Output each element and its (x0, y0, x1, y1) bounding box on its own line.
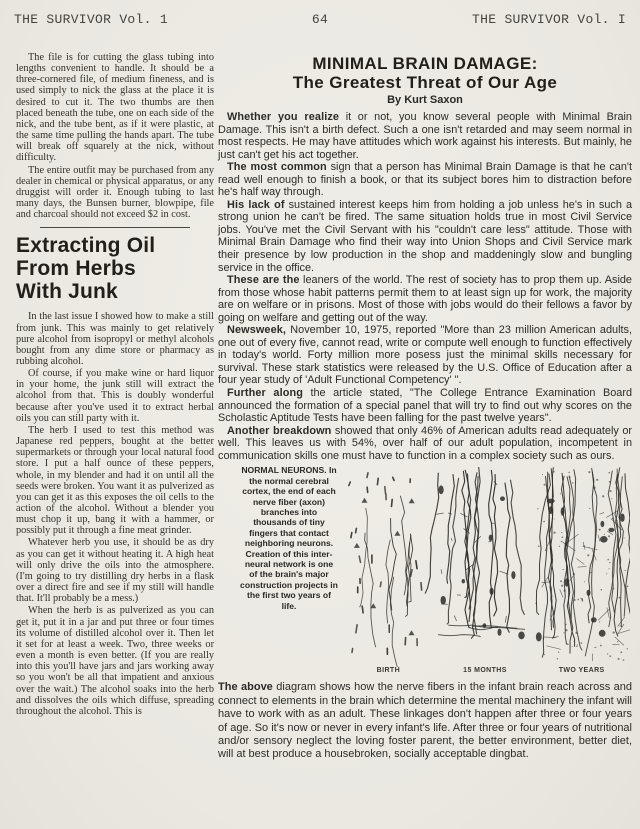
article-column: MINIMAL BRAIN DAMAGE: The Greatest Threa… (218, 54, 632, 773)
paragraph: The file is for cutting the glass tubing… (16, 52, 214, 164)
section-divider (40, 227, 190, 228)
paragraph: These are the leaners of the world. The … (218, 274, 632, 324)
article-title: MINIMAL BRAIN DAMAGE: The Greatest Threa… (218, 54, 632, 92)
paragraph: The entire outfit may be purchased from … (16, 165, 214, 221)
closing-paragraph: The above diagram shows how the nerve fi… (218, 681, 632, 761)
article-title-line1: MINIMAL BRAIN DAMAGE: (218, 54, 632, 73)
paragraph: The most common sign that a person has M… (218, 161, 632, 199)
scanned-page: THE SURVIVOR Vol. 1 64 THE SURVIVOR Vol.… (0, 0, 640, 829)
header-right-title: THE SURVIVOR Vol. I (472, 12, 626, 27)
neuron-figure: NORMAL NEURONS. In the normal cerebral c… (218, 465, 632, 667)
section-heading: Extracting Oil From Herbs With Junk (16, 234, 214, 303)
section-heading-line: Extracting Oil (16, 234, 214, 257)
left-column: The file is for cutting the glass tubing… (16, 52, 214, 718)
header-left-title: THE SURVIVOR Vol. 1 (14, 12, 168, 27)
figure-caption: NORMAL NEURONS. In the normal cerebral c… (240, 465, 338, 611)
figure-label-two-years: TWO YEARS (533, 667, 630, 674)
article-body: Whether you realize it or not, you know … (218, 111, 632, 462)
paragraph: Whether you realize it or not, you know … (218, 111, 632, 161)
section-heading-line: With Junk (16, 280, 214, 303)
paragraph: In the last issue I showed how to make a… (16, 311, 214, 367)
figure-labels: BIRTH 15 MONTHS TWO YEARS (340, 667, 630, 674)
paragraph: Whatever herb you use, it should be as d… (16, 537, 214, 604)
figure-label-birth: BIRTH (340, 667, 437, 674)
page-number: 64 (312, 12, 328, 27)
closing-paragraph-rest: diagram shows how the nerve fibers in th… (218, 681, 632, 760)
paragraph: Newsweek, November 10, 1975, reported "M… (218, 324, 632, 387)
paragraph: When the herb is as pulverized as you ca… (16, 605, 214, 717)
paragraph: His lack of sustained interest keeps him… (218, 199, 632, 274)
glass-tubing-paragraphs: The file is for cutting the glass tubing… (16, 52, 214, 220)
extracting-oil-paragraphs: In the last issue I showed how to make a… (16, 311, 214, 717)
paragraph: Of course, if you make wine or hard liqu… (16, 368, 214, 424)
article-title-line2: The Greatest Threat of Our Age (218, 73, 632, 92)
page-header: THE SURVIVOR Vol. 1 64 THE SURVIVOR Vol.… (0, 12, 640, 27)
figure-label-15-months: 15 MONTHS (437, 667, 534, 674)
section-heading-line: From Herbs (16, 257, 214, 280)
neuron-diagram (340, 465, 630, 667)
paragraph: Further along the article stated, "The C… (218, 387, 632, 425)
paragraph: The herb I used to test this method was … (16, 425, 214, 537)
article-byline: By Kurt Saxon (218, 94, 632, 106)
closing-paragraph-lead: The above (218, 681, 273, 693)
paragraph: Another breakdown showed that only 46% o… (218, 425, 632, 463)
